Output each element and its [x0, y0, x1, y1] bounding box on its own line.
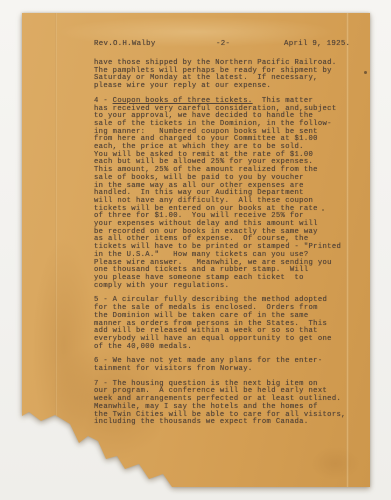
paper-crease	[55, 13, 57, 423]
text-line: please wire your reply at our expense.	[94, 83, 366, 91]
paragraph: 4 - Coupon books of three tickets. This …	[94, 98, 366, 291]
text-line: including the thousands we expect from C…	[94, 419, 366, 427]
text-line: of the 40,000 medals.	[94, 344, 366, 352]
paragraph: 7 - The housing question is the next big…	[94, 381, 366, 427]
document-page-wrapper: Rev.O.H.Walby -2- April 9, 1925. have th…	[22, 13, 370, 487]
paragraph: 6 - We have not yet made any plans for t…	[94, 358, 366, 373]
paragraph: have those shipped by the Northern Pacif…	[94, 60, 366, 91]
recipient-name: Rev.O.H.Walby	[94, 40, 156, 48]
text-line: tainment for visitors from Norway.	[94, 366, 366, 374]
paragraph-list: have those shipped by the Northern Pacif…	[94, 60, 366, 434]
letter-date: April 9, 1925.	[284, 40, 350, 48]
document-page: Rev.O.H.Walby -2- April 9, 1925. have th…	[22, 13, 370, 487]
page-number: -2-	[216, 40, 230, 48]
text-line: comply with your regulations.	[94, 283, 366, 291]
paragraph: 5 - A circular fully describing the meth…	[94, 297, 366, 351]
underlined-heading: Coupon books of three tickets.	[113, 97, 253, 105]
